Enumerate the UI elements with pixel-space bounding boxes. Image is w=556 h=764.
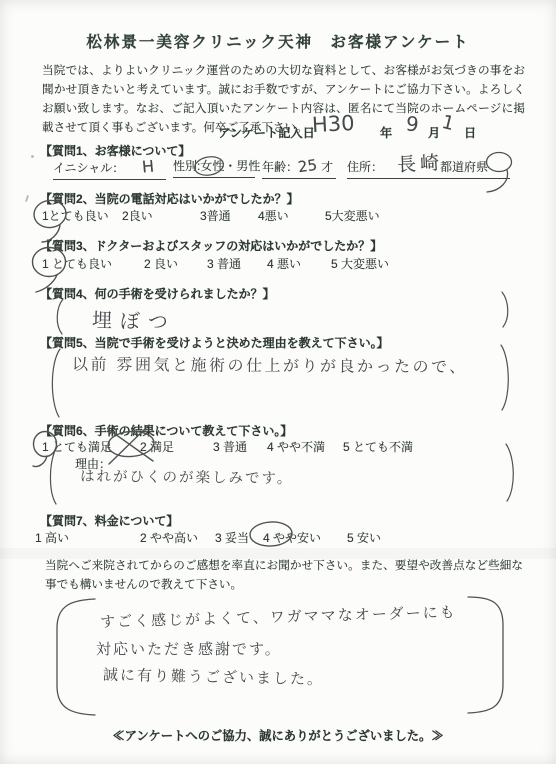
feedback-handwritten-line-2: 対応いただき感謝です。 [96, 638, 282, 659]
q4-handwritten-answer: 埋ぼつ [92, 304, 177, 335]
q2-option-5: 5大変悪い [325, 207, 380, 224]
footer-note: ≪アンケートへのご協力、誠にありがとうございました。≫ [0, 726, 556, 744]
q6-option-4: 4 やや不満 [267, 438, 325, 455]
q6-handwritten-reason: はれがひくのが楽しみです。 [80, 465, 294, 488]
q3-options-row: 1 とても良い 2 良い 3 普通 4 悪い 5 大変悪い [0, 255, 556, 273]
q3-header: 【質問3、ドクターおよびスタッフの対応はいかがでしたか？】 [40, 237, 382, 254]
q3-option-4: 4 悪い [267, 255, 301, 272]
q1-age-group: 年齢：25才 [262, 157, 336, 179]
q6-option-2: 2 満足 [140, 438, 174, 455]
day-unit-label: 日 [464, 124, 476, 141]
q1-address-group: 住所：長崎都道府県 [347, 153, 510, 179]
q2-option-2: 2良い [122, 207, 153, 224]
q7-option-1: 1 高い [35, 529, 69, 546]
q3-option-3: 3 普通 [207, 255, 241, 272]
address-label: 住所： [347, 158, 383, 175]
feedback-handwritten-line-1: すごく感じがよくて、ワガママなオーダーにも [100, 601, 457, 632]
q4-header: 【質問4、何の手術を受けられましたか？】 [40, 285, 275, 302]
q7-option-3: 3 妥当 [215, 529, 249, 546]
feedback-handwritten-line-3: 誠に有り難うございました。 [103, 664, 324, 690]
handwritten-year-value: H30 [311, 111, 355, 137]
q4-answer-bracket-left [57, 299, 63, 334]
q6-option-1: 1 とても満足 [42, 438, 112, 455]
q1-initial-group: イニシャル：H [53, 157, 166, 180]
q3-option-5: 5 大変悪い [331, 255, 389, 272]
q7-options-row: 1 高い 2 やや高い 3 妥当 4 やや安い 5 安い [0, 529, 556, 547]
q6-option-3: 3 普通 [213, 438, 247, 455]
q5-answer-bracket-right [501, 345, 508, 410]
gender-options-text: 女性・男性 [200, 159, 260, 173]
age-unit-label: 才 [321, 160, 333, 174]
handwritten-initial-value: H [141, 157, 155, 177]
q7-option-4: 4 やや安い [263, 529, 321, 546]
q6-option-5: 5 とても不満 [343, 438, 413, 455]
q5-header: 【質問5、当院で手術を受けようと決めた理由を教えて下さい。】 [40, 334, 389, 351]
month-unit-label: 月 [428, 124, 440, 141]
q1-gender-group: 性別:女性・男性 [173, 157, 255, 178]
feedback-box-border-left [57, 599, 95, 715]
q7-option-2: 2 やや高い [140, 529, 198, 546]
q4-answer-bracket-right [502, 292, 508, 327]
handwritten-month-value: 9 [405, 111, 420, 136]
q2-options-row: 1とても良い 2良い 3普通 4悪い 5大変悪い [0, 207, 556, 225]
feedback-prompt: 当院へご来院されてからのご感想を率直にお聞かせ下さい。また、要望や改善点など些細… [45, 557, 523, 594]
q2-option-3: 3普通 [200, 207, 231, 224]
q5-answer-bracket-left [52, 349, 60, 417]
scan-shadow-band [0, 548, 556, 559]
q5-handwritten-answer: 以前 雰囲気と施術の仕上がりが良かったので、 [72, 352, 468, 378]
scan-speck [31, 155, 34, 158]
survey-date-label: アンケート記入日 [218, 124, 315, 141]
q2-option-1: 1とても良い [42, 207, 109, 224]
q6-selection-circle-tail [33, 456, 47, 467]
handwritten-age-value: 25 [297, 156, 318, 176]
q6-header: 【質問6、手術の結果について教えて下さい。】 [40, 422, 292, 439]
initial-label: イニシャル： [53, 161, 124, 175]
handwritten-address-value: 長崎 [396, 148, 443, 177]
year-unit-label: 年 [380, 124, 392, 141]
q7-header: 【質問7、料金について】 [40, 512, 178, 529]
q3-option-1: 1 とても良い [42, 255, 112, 272]
q6-options-row: 1 とても満足 2 満足 3 普通 4 やや不満 5 とても不満 [0, 438, 556, 456]
q2-option-4: 4悪い [258, 207, 289, 224]
gender-label: 性別: [173, 159, 200, 173]
survey-sheet: 松林景一美容クリニック天神 お客様アンケート 当院では、よりよいクリニック運営の… [0, 0, 556, 764]
q2-header: 【質問2、当院の電話対応はいかがでしたか？】 [40, 190, 299, 207]
feedback-box-border-right [468, 597, 503, 713]
q3-option-2: 2 良い [144, 255, 178, 272]
q7-option-5: 5 安い [347, 529, 381, 546]
page-title: 松林景一美容クリニック天神 お客様アンケート [0, 30, 556, 52]
scan-speck [25, 195, 29, 202]
age-label: 年齢： [262, 160, 298, 174]
address-unit-label: 都道府県 [440, 158, 488, 175]
